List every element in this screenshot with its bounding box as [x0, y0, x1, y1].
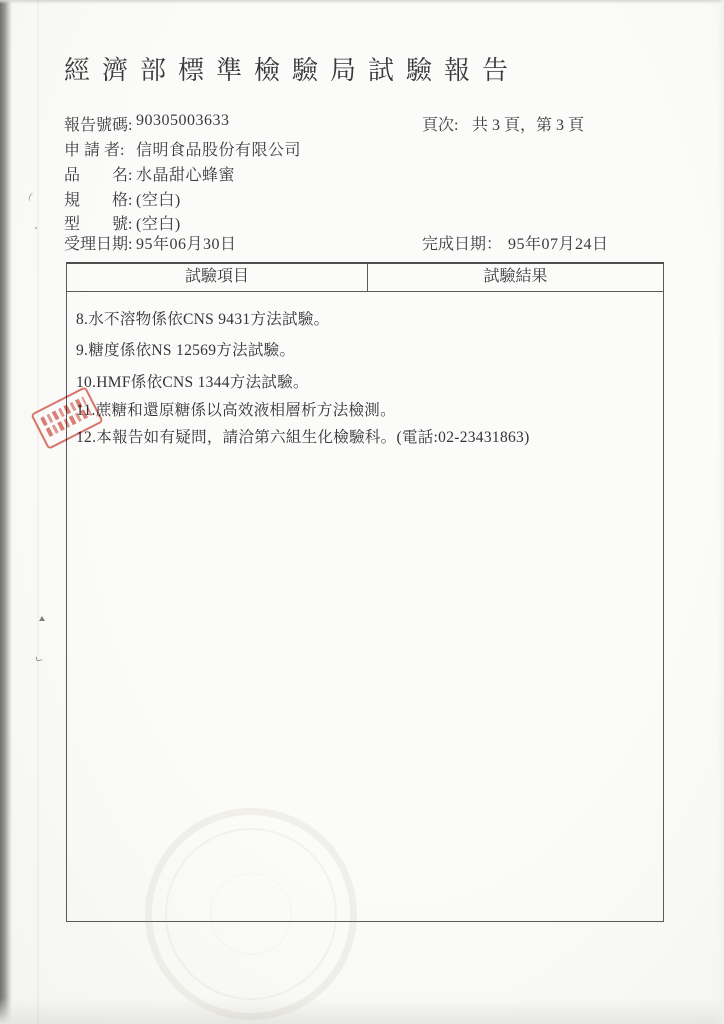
field-applicant: 申 請 者: 信明食品股份有限公司: [0, 137, 724, 159]
table-row: 12.本報告如有疑問，請洽第六組生化檢驗科。(電話:02-23431863): [76, 425, 530, 447]
table-row: 9.糖度係依NS 12569方法試驗。: [76, 338, 295, 360]
pencil-mark: [35, 227, 37, 229]
field-model: 型 號: (空白): [0, 211, 724, 233]
table-row: 8.水不溶物係依CNS 9431方法試驗。: [76, 307, 329, 329]
scanned-test-report-page: 經濟部標準檢驗局試驗報告 報告號碼: 90305003633 頁次: 共 3 頁…: [0, 0, 724, 1024]
report-title: 經濟部標準檢驗局試驗報告: [64, 50, 520, 87]
field-value: 信明食品股份有限公司: [136, 137, 301, 160]
completion-date-value: 95年07月24日: [508, 231, 609, 254]
field-acceptance-date: 受理日期: 95年06月30日 完成日期： 95年07月24日: [0, 231, 724, 253]
field-label: 規 格:: [64, 187, 132, 210]
table-header-row: 試驗項目 試驗結果: [67, 264, 663, 292]
field-value: (空白): [136, 187, 181, 210]
column-header-test-result: 試驗結果: [368, 264, 663, 291]
field-value: 水晶甜心蜂蜜: [136, 162, 235, 185]
field-report-number: 報告號碼: 90305003633 頁次: 共 3 頁，第 3 頁: [0, 112, 724, 134]
table-body: 8.水不溶物係依CNS 9431方法試驗。 9.糖度係依NS 12569方法試驗…: [67, 292, 663, 923]
scan-bottom-edge-shadow: [0, 998, 724, 1024]
field-value: 90305003633: [136, 112, 230, 130]
field-label: 受理日期:: [64, 231, 132, 254]
table-row: 10.HMF係依CNS 1344方法試驗。: [76, 370, 309, 392]
page-info-value: 共 3 頁，第 3 頁: [472, 112, 584, 135]
circular-seal-watermark: [145, 808, 357, 1020]
field-product-name: 品 名: 水晶甜心蜂蜜: [0, 162, 724, 184]
field-label: 報告號碼:: [64, 112, 132, 135]
pencil-mark: [36, 655, 43, 661]
scan-top-edge-shadow: [0, 0, 724, 4]
table-row: 11.蔗糖和還原糖係以高效液相層析方法檢測。: [76, 398, 396, 420]
column-header-test-item: 試驗項目: [67, 264, 368, 291]
field-label: 品 名:: [64, 162, 132, 185]
field-specification: 規 格: (空白): [0, 187, 724, 209]
test-results-table: 試驗項目 試驗結果 8.水不溶物係依CNS 9431方法試驗。 9.糖度係依NS…: [66, 262, 664, 922]
pencil-mark: [39, 616, 45, 621]
field-value: 95年06月30日: [136, 231, 237, 254]
completion-date-label: 完成日期：: [422, 231, 502, 254]
field-label: 申 請 者:: [64, 137, 124, 160]
page-info-label: 頁次:: [422, 112, 458, 135]
